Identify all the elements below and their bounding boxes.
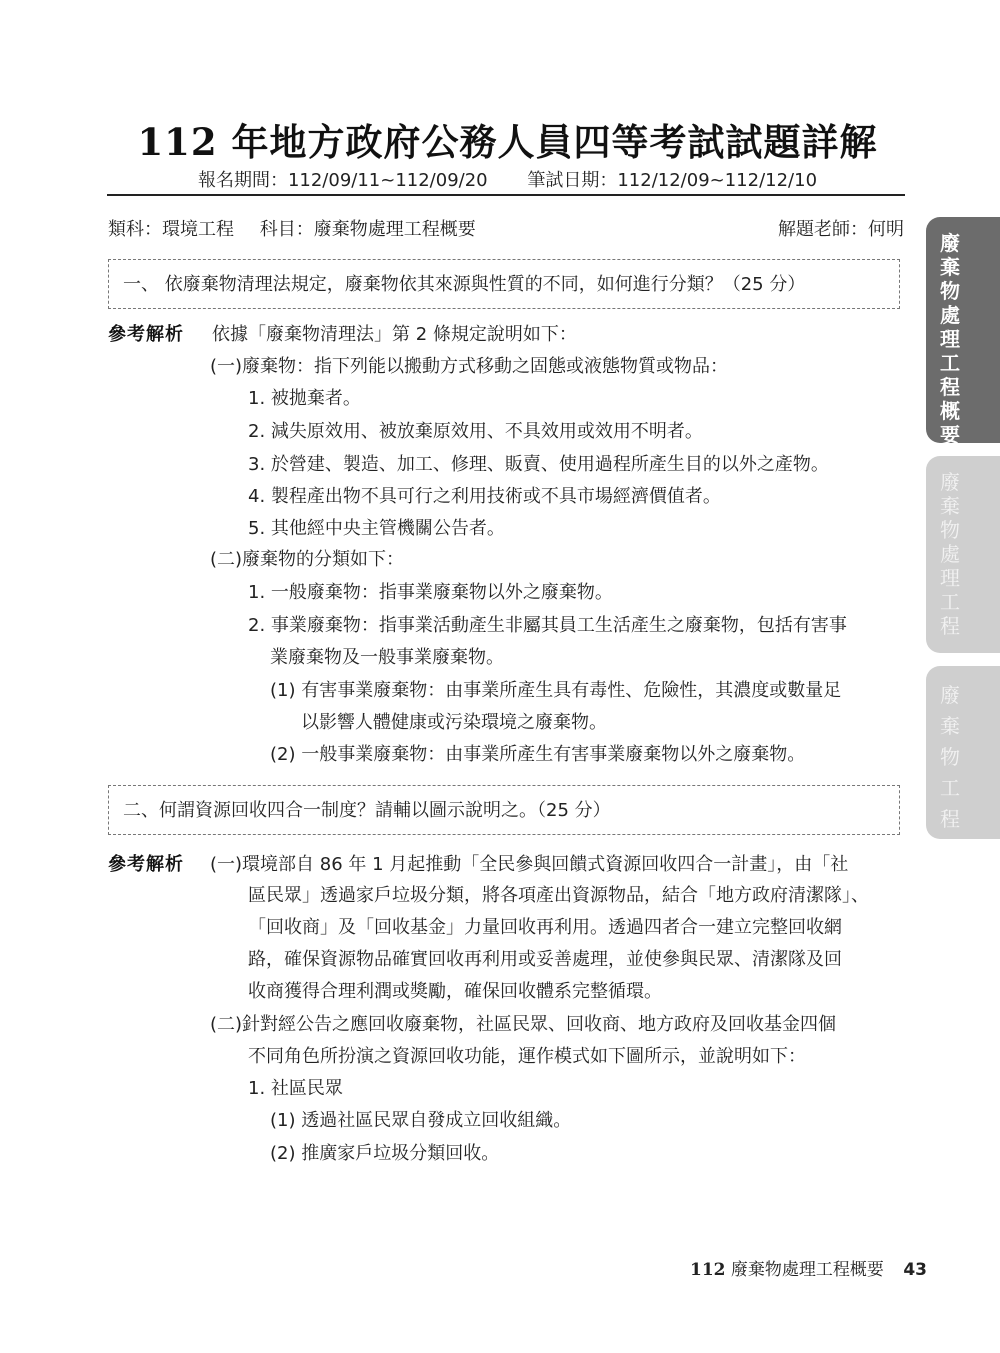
answer-line: 以影響人體健康或污染環境之廢棄物。 [301,708,607,734]
answer-line: 不同角色所扮演之資源回收功能，運作模式如下圖所示，並說明如下： [248,1042,806,1068]
side-tab-char: 工 [940,773,1000,804]
side-tab-char: 要 [940,423,1000,447]
header-divider [107,194,905,196]
side-tab-char: 物 [940,279,1000,303]
answer-line: 「回收商」及「回收基金」力量回收再利用。透過四者合一建立完整回收網 [248,913,842,939]
subject: 科目：廢棄物處理工程概要 [260,219,476,240]
side-tab-char: 理 [940,566,1000,590]
side-tab-char: 棄 [940,494,1000,518]
side-tab-char: 物 [940,518,1000,542]
side-tab-char: 廢 [940,680,1000,711]
page-footer: 112 廢棄物處理工程概要 43 [690,1255,927,1280]
teacher: 解題老師：何明 [778,215,904,241]
side-tab-char: 廢 [940,470,1000,494]
answer-line: (一)環境部自 86 年 1 月起推動「全民參與回饋式資源回收四合一計畫」，由「… [210,850,848,876]
answer-line: (2) 推廣家戶垃圾分類回收。 [270,1139,499,1165]
exam-meta: 類科：環境工程 科目：廢棄物處理工程概要 解題老師：何明 [108,215,904,241]
question-box-2: 二、何謂資源回收四合一制度？請輔以圖示說明之。（25 分） [108,785,900,835]
side-tab[interactable]: 廢棄物工程 [926,666,1000,839]
side-tab-char: 概 [940,399,1000,423]
answer-line: 5. 其他經中央主管機關公告者。 [248,514,505,540]
answer-line: 2. 減失原效用、被放棄原效用、不具效用或效用不明者。 [248,417,703,443]
exam-dates: 報名期間：112/09/11~112/09/20 筆試日期：112/12/09~… [0,166,1000,192]
side-tab-char: 處 [940,303,1000,327]
answer-label: 參考解析 [108,850,184,876]
answer-line: 區民眾」透過家戶垃圾分類，將各項產出資源物品，結合「地方政府清潔隊」、 [248,881,869,907]
answer-line: 4. 製程產出物不具可行之利用技術或不具市場經濟價值者。 [248,482,721,508]
answer-line: 1. 一般廢棄物：指事業廢棄物以外之廢棄物。 [248,578,613,604]
question-box-1: 一、 依廢棄物清理法規定，廢棄物依其來源與性質的不同，如何進行分類？（25 分） [108,259,900,309]
answer-line: (2) 一般事業廢棄物：由事業所產生有害事業廢棄物以外之廢棄物。 [270,740,805,766]
side-tab[interactable]: 廢棄物處理工程 [926,456,1000,653]
answer-line: (1) 透過社區民眾自發成立回收組織。 [270,1106,571,1132]
answer-line: 2. 事業廢棄物：指事業活動產生非屬其員工生活產生之廢棄物，包括有害事 [248,611,847,637]
answer-line: (一)廢棄物：指下列能以搬動方式移動之固態或液態物質或物品： [210,352,728,378]
side-tab-char: 棄 [940,711,1000,742]
side-tab-char: 程 [940,804,1000,835]
answer-label: 參考解析 [108,320,184,346]
answer-line: 3. 於營建、製造、加工、修理、販賣、使用過程所產生目的以外之產物。 [248,450,829,476]
answer-line: (二)廢棄物的分類如下： [210,545,404,571]
side-tab-char: 工 [940,590,1000,614]
side-tab-char: 理 [940,327,1000,351]
side-tab-char: 廢 [940,231,1000,255]
side-tab-char: 物 [940,742,1000,773]
side-tab-char: 棄 [940,255,1000,279]
side-tab-char: 程 [940,375,1000,399]
answer-line: 1. 被拋棄者。 [248,384,361,410]
answer-line: 業廢棄物及一般事業廢棄物。 [270,643,504,669]
registration-period: 報名期間：112/09/11~112/09/20 [198,170,488,191]
page-title: 112 年地方政府公務人員四等考試試題詳解 [0,112,1000,166]
answer-line: (二)針對經公告之應回收廢棄物，社區民眾、回收商、地方政府及回收基金四個 [210,1010,836,1036]
side-tab-active[interactable]: 廢棄物處理工程概要 [926,217,1000,443]
category: 類科：環境工程 [108,219,234,240]
answer-line: 依據「廢棄物清理法」第 2 條規定說明如下： [212,320,577,346]
footer-year: 112 [690,1260,726,1280]
exam-date: 筆試日期：112/12/09~112/12/10 [527,170,817,191]
answer-line: 收商獲得合理利潤或獎勵，確保回收體系完整循環。 [248,977,662,1003]
side-tab-char: 程 [940,614,1000,638]
side-tab-char: 工 [940,351,1000,375]
page-number: 43 [903,1260,927,1280]
side-tab-char: 處 [940,542,1000,566]
footer-subject: 廢棄物處理工程概要 [731,1260,884,1280]
answer-line: 路，確保資源物品確實回收再利用或妥善處理，並使參與民眾、清潔隊及回 [248,945,842,971]
answer-line: 1. 社區民眾 [248,1074,343,1100]
answer-line: (1) 有害事業廢棄物：由事業所產生具有毒性、危險性，其濃度或數量足 [270,676,841,702]
